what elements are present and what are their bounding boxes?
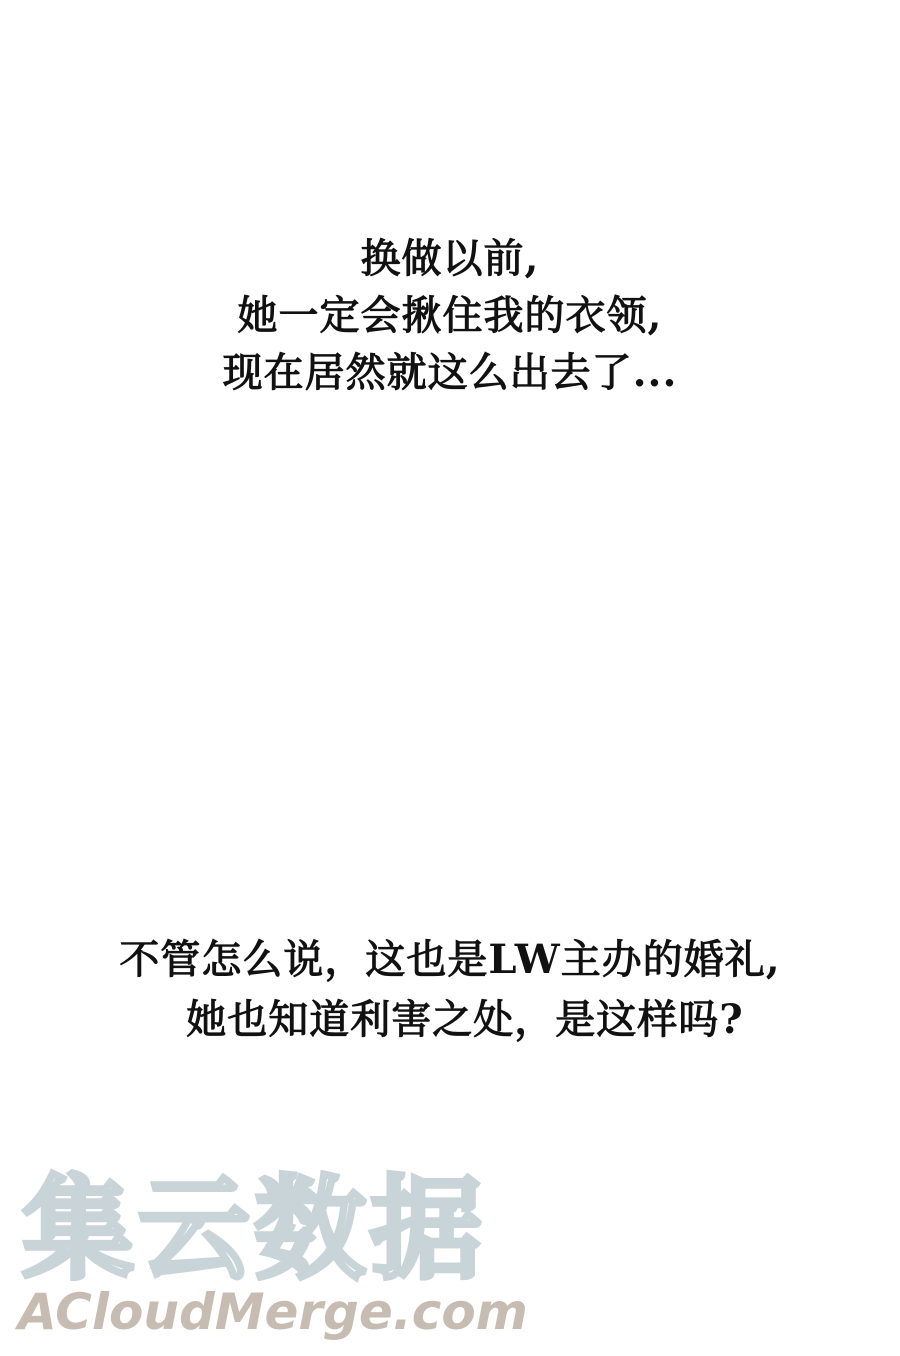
watermark-chinese-text: 集云数据 xyxy=(22,1170,486,1290)
caption-block-2: 不管怎么说，这也是LW主办的婚礼, 她也知道利害之处，是这样吗? xyxy=(0,930,900,1050)
caption-line: 不管怎么说，这也是LW主办的婚礼, xyxy=(0,930,900,990)
caption-line: 换做以前, xyxy=(0,230,900,287)
caption-block-1: 换做以前, 她一定会揪住我的衣领, 现在居然就这么出去了... xyxy=(0,230,900,401)
watermark: 集云数据 ACloudMerge.com xyxy=(12,1170,512,1350)
caption-line: 现在居然就这么出去了... xyxy=(0,344,900,401)
watermark-english-text: ACloudMerge.com xyxy=(18,1282,528,1342)
caption-line: 她也知道利害之处，是这样吗? xyxy=(0,990,900,1050)
caption-line: 她一定会揪住我的衣领, xyxy=(0,287,900,344)
